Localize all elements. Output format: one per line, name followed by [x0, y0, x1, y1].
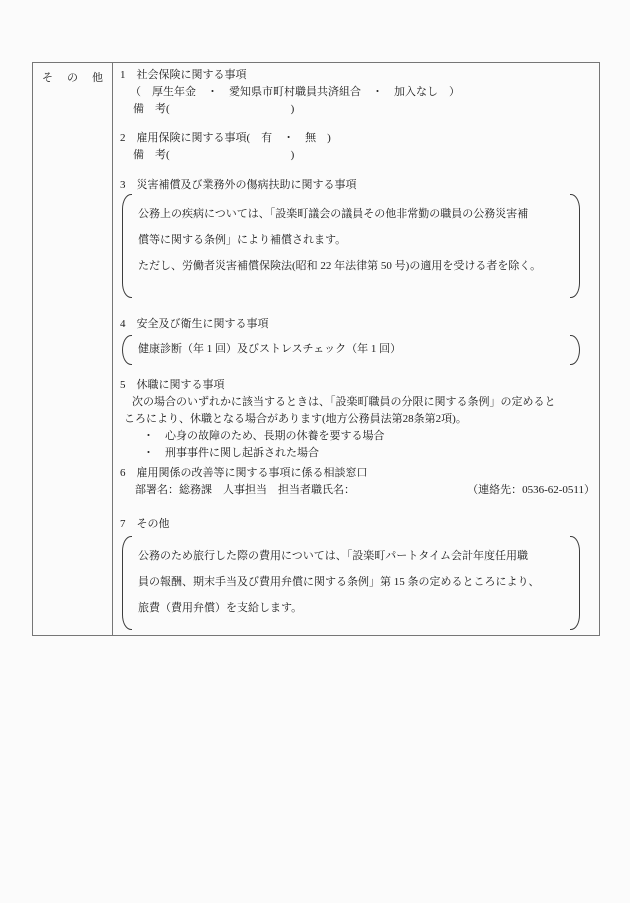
right-paren-shape [570, 536, 580, 630]
section-leave-of-absence: 5 休職に関する事項 次の場合のいずれかに該当するときは、「設楽町職員の分限に関… [120, 377, 595, 462]
section-other: 7 その他 公務のため旅行した際の費用については、「設楽町パートタイム会計年度任… [120, 516, 595, 630]
bracket-text: 健康診断（年 1 回）及びストレスチェック（年 1 回） [122, 335, 580, 358]
insurance-options: （ 厚生年金 ・ 愛知県市町村職員共済組合 ・ 加入なし ） [120, 84, 595, 101]
contact-row: 部署名：総務課 人事担当 担当者職氏名： （連絡先：0536-62-0511） [120, 482, 595, 499]
bracket-text: 公務上の疾病については、「設楽町議会の議員その他非常勤の職員の公務災害補 償等に… [122, 194, 580, 279]
note-line: 健康診断（年 1 回）及びストレスチェック（年 1 回） [138, 341, 562, 358]
bullet-item: ・ 心身の故障のため、長期の休養を要する場合 [120, 428, 595, 445]
remarks-field: 備 考( ) [120, 101, 595, 118]
section-safety-health: 4 安全及び衛生に関する事項 健康診断（年 1 回）及びストレスチェック（年 1… [120, 316, 595, 365]
section-heading: 1 社会保険に関する事項 [120, 67, 595, 84]
section-disaster-compensation: 3 災害補償及び業務外の傷病扶助に関する事項 公務上の疾病については、「設楽町議… [120, 177, 595, 298]
section-heading: 6 雇用関係の改善等に関する事項に係る相談窓口 [120, 465, 595, 482]
row-label: そ の 他 [42, 69, 103, 85]
content-cell: 1 社会保険に関する事項 （ 厚生年金 ・ 愛知県市町村職員共済組合 ・ 加入な… [113, 63, 599, 635]
row-label-char: の [67, 69, 78, 85]
note-line: 公務上の疾病については、「設楽町議会の議員その他非常勤の職員の公務災害補 [138, 201, 562, 227]
row-label-char: 他 [92, 69, 103, 85]
bracketed-note: 公務のため旅行した際の費用については、「設楽町パートタイム会計年度任用職 員の報… [122, 536, 580, 630]
remarks-field: 備 考( ) [120, 147, 595, 164]
note-line: 旅費（費用弁償）を支給します。 [138, 595, 562, 621]
bracket-text: 公務のため旅行した際の費用については、「設楽町パートタイム会計年度任用職 員の報… [122, 536, 580, 621]
paragraph-line: 次の場合のいずれかに該当するときは、「設楽町職員の分限に関する条例」の定めると [120, 394, 595, 411]
note-line: 員の報酬、期末手当及び費用弁償に関する条例」第 15 条の定めるところにより、 [138, 569, 562, 595]
bracketed-note: 公務上の疾病については、「設楽町議会の議員その他非常勤の職員の公務災害補 償等に… [122, 194, 580, 298]
conditions-table: そ の 他 1 社会保険に関する事項 （ 厚生年金 ・ 愛知県市町村職員共済組合… [32, 62, 600, 636]
section-employment-insurance: 2 雇用保険に関する事項( 有 ・ 無 ) 備 考( ) [120, 130, 595, 164]
section-heading: 5 休職に関する事項 [120, 377, 595, 394]
section-heading: 7 その他 [120, 516, 595, 533]
row-label-cell: そ の 他 [33, 63, 113, 635]
section-consultation-window: 6 雇用関係の改善等に関する事項に係る相談窓口 部署名：総務課 人事担当 担当者… [120, 465, 595, 499]
left-paren-shape [122, 194, 132, 298]
department-detail: 部署名：総務課 人事担当 担当者職氏名： [135, 482, 355, 499]
contact-phone: （連絡先：0536-62-0511） [467, 482, 595, 499]
section-heading: 4 安全及び衛生に関する事項 [120, 316, 595, 333]
left-paren-shape [122, 335, 132, 365]
note-line: 償等に関する条例」により補償されます。 [138, 227, 562, 253]
paragraph-line: ころにより、休職となる場合があります(地方公務員法第28条第2項)。 [120, 411, 595, 428]
section-social-insurance: 1 社会保険に関する事項 （ 厚生年金 ・ 愛知県市町村職員共済組合 ・ 加入な… [120, 67, 595, 118]
note-line: ただし、労働者災害補償保険法(昭和 22 年法律第 50 号)の適用を受ける者を… [138, 253, 562, 279]
section-heading: 2 雇用保険に関する事項( 有 ・ 無 ) [120, 130, 595, 147]
row-label-char: そ [42, 69, 53, 85]
section-heading: 3 災害補償及び業務外の傷病扶助に関する事項 [120, 177, 595, 194]
left-paren-shape [122, 536, 132, 630]
note-line: 公務のため旅行した際の費用については、「設楽町パートタイム会計年度任用職 [138, 543, 562, 569]
document-page: そ の 他 1 社会保険に関する事項 （ 厚生年金 ・ 愛知県市町村職員共済組合… [0, 0, 630, 903]
bracketed-note: 健康診断（年 1 回）及びストレスチェック（年 1 回） [122, 335, 580, 365]
bullet-item: ・ 刑事事件に関し起訴された場合 [120, 445, 595, 462]
right-paren-shape [570, 194, 580, 298]
